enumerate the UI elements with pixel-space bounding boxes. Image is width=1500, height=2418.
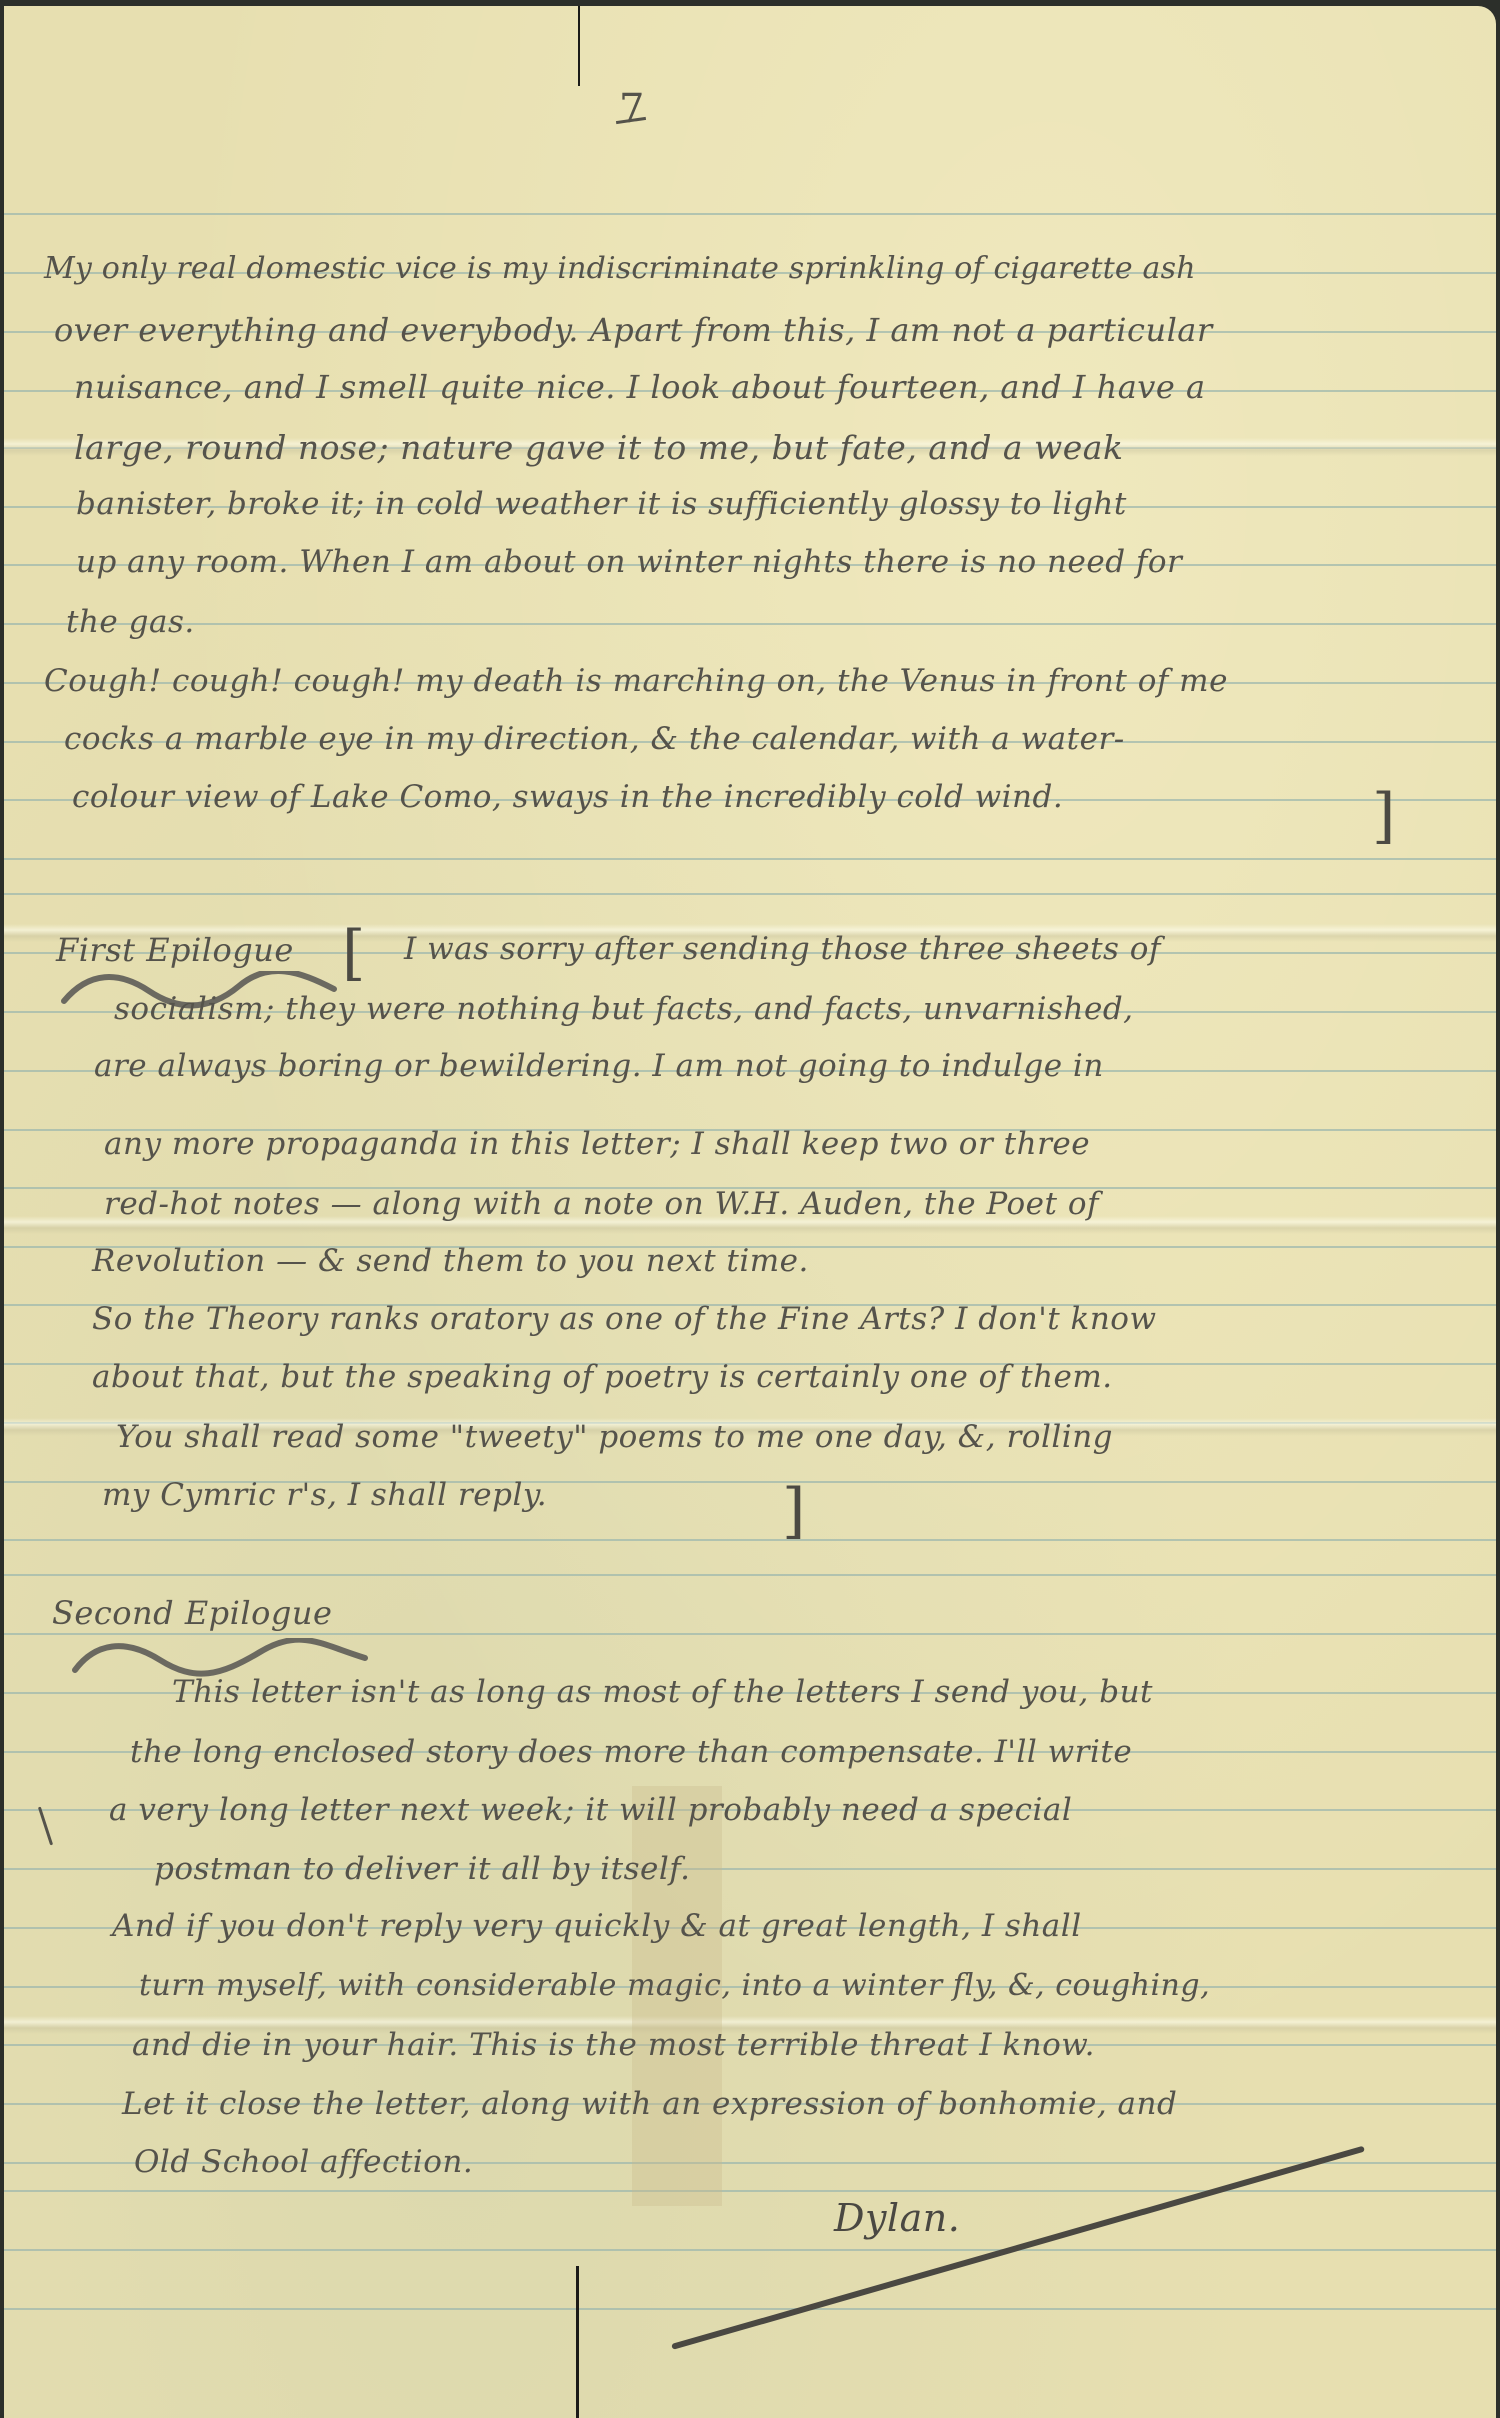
ruled-line <box>4 2190 1496 2192</box>
closing-bracket: ] <box>1372 781 1396 851</box>
epilogue-line: any more propaganda in this letter; I sh… <box>104 1126 1090 1162</box>
body-line: nuisance, and I smell quite nice. I look… <box>74 368 1206 406</box>
signature: Dylan. <box>834 2196 960 2240</box>
body-line: up any room. When I am about on winter n… <box>76 544 1182 580</box>
body-line: banister, broke it; in cold weather it i… <box>76 486 1127 522</box>
epilogue-line: I was sorry after sending those three sh… <box>404 931 1161 967</box>
epilogue-line: And if you don't reply very quickly & at… <box>112 1908 1082 1944</box>
epilogue-line: postman to deliver it all by itself. <box>154 1851 690 1887</box>
epilogue-line: about that, but the speaking of poetry i… <box>92 1359 1113 1395</box>
epilogue-line: my Cymric r's, I shall reply. <box>102 1477 547 1513</box>
ruled-line <box>4 2308 1496 2310</box>
paper-tear <box>578 6 580 86</box>
ruled-line <box>4 858 1496 860</box>
margin-mark <box>38 1807 53 1846</box>
ruled-line <box>4 893 1496 895</box>
epilogue-line: So the Theory ranks oratory as one of th… <box>92 1301 1156 1337</box>
epilogue-line: a very long letter next week; it will pr… <box>109 1792 1072 1828</box>
epilogue-line: and die in your hair. This is the most t… <box>132 2027 1095 2063</box>
body-line: colour view of Lake Como, sways in the i… <box>72 779 1063 815</box>
body-line: the gas. <box>66 604 195 640</box>
epilogue-line: You shall read some "tweety" poems to me… <box>116 1419 1113 1455</box>
body-line: cocks a marble eye in my direction, & th… <box>64 721 1125 757</box>
ruled-line <box>4 623 1496 625</box>
page-number: 7 <box>619 86 645 132</box>
closing-bracket: ] <box>782 1476 806 1546</box>
epilogue-line: Old School affection. <box>134 2144 473 2180</box>
body-line: Cough! cough! cough! my death is marchin… <box>44 663 1228 699</box>
second-epilogue-heading: Second Epilogue <box>52 1594 332 1632</box>
epilogue-line: are always boring or bewildering. I am n… <box>94 1048 1104 1084</box>
first-epilogue-heading: First Epilogue <box>56 931 294 969</box>
signature-flourish <box>671 2146 1365 2350</box>
epilogue-line: red-hot notes — along with a note on W.H… <box>104 1186 1099 1222</box>
ruled-line <box>4 213 1496 215</box>
opening-bracket: [ <box>342 918 366 988</box>
epilogue-line: the long enclosed story does more than c… <box>130 1734 1132 1770</box>
epilogue-line: turn myself, with considerable magic, in… <box>139 1968 1210 2003</box>
paper-tear <box>576 2266 579 2418</box>
ruled-line <box>4 1574 1496 1576</box>
body-line: over everything and everybody. Apart fro… <box>54 311 1213 349</box>
epilogue-line: socialism; they were nothing but facts, … <box>114 991 1134 1027</box>
epilogue-line: This letter isn't as long as most of the… <box>172 1674 1153 1710</box>
epilogue-line: Let it close the letter, along with an e… <box>122 2086 1177 2122</box>
body-line: large, round nose; nature gave it to me,… <box>74 428 1123 467</box>
ruled-line <box>4 1633 1496 1635</box>
heading-underline-squiggle <box>70 1638 370 1678</box>
letter-page: 7 My only real domestic vice is my indis… <box>4 6 1496 2418</box>
epilogue-line: Revolution — & send them to you next tim… <box>92 1243 809 1279</box>
ruled-line <box>4 2249 1496 2251</box>
body-line: My only real domestic vice is my indiscr… <box>44 251 1196 286</box>
ruled-line <box>4 1539 1496 1541</box>
